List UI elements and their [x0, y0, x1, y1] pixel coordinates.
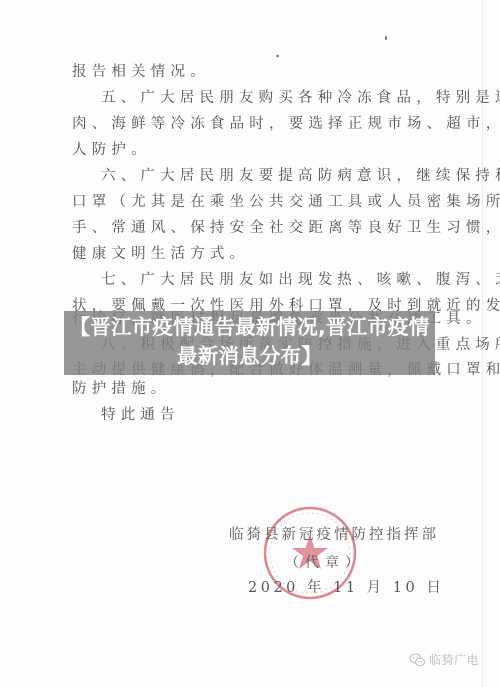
- body-line: 健康文明生活方式。: [72, 245, 249, 263]
- body-line: 六、广大居民朋友要提高防病意识，继续保持科学佩戴: [101, 167, 500, 185]
- scan-speck: [276, 55, 279, 57]
- body-line: 五、广大居民朋友购买各种冷冻食品，特别是进口鱼、: [101, 89, 500, 107]
- body-line: 防护措施。: [72, 380, 171, 398]
- body-line: 报告相关情况。: [72, 63, 210, 81]
- seal-note: （代章）: [285, 552, 365, 572]
- body-line: 肉、海鲜等冷冻食品时，要选择正规市场、超市，并做好个: [72, 115, 500, 133]
- issuing-organization: 临猗县新冠疫情防控指挥部: [229, 523, 439, 544]
- closing-line: 特此通告: [101, 406, 180, 424]
- issue-date: 2020 年 11 月 10 日: [248, 576, 444, 597]
- body-line: 七、广大居民朋友如出现发热、咳嗽、腹泻、乏力等症: [101, 271, 500, 289]
- body-line: 手、常通风、保持安全社交距离等良好卫生习惯，积极倡导: [72, 219, 500, 237]
- body-line: 口罩（尤其是在乘坐公共交通工具或人员密集场所）、勤洗: [72, 193, 500, 211]
- overlay-title: 【晋江市疫情通告最新情况,晋江市疫情最新消息分布】: [64, 313, 435, 371]
- scan-speck: [385, 36, 387, 40]
- document-page: 报告相关情况。 五、广大居民朋友购买各种冷冻食品，特别是进口鱼、 肉、海鲜等冷冻…: [0, 0, 500, 687]
- body-line: 人防护。: [72, 141, 151, 159]
- watermark-text: 临猗广电: [429, 651, 479, 668]
- watermark: 临猗广电: [409, 651, 479, 668]
- wechat-icon: [409, 653, 426, 667]
